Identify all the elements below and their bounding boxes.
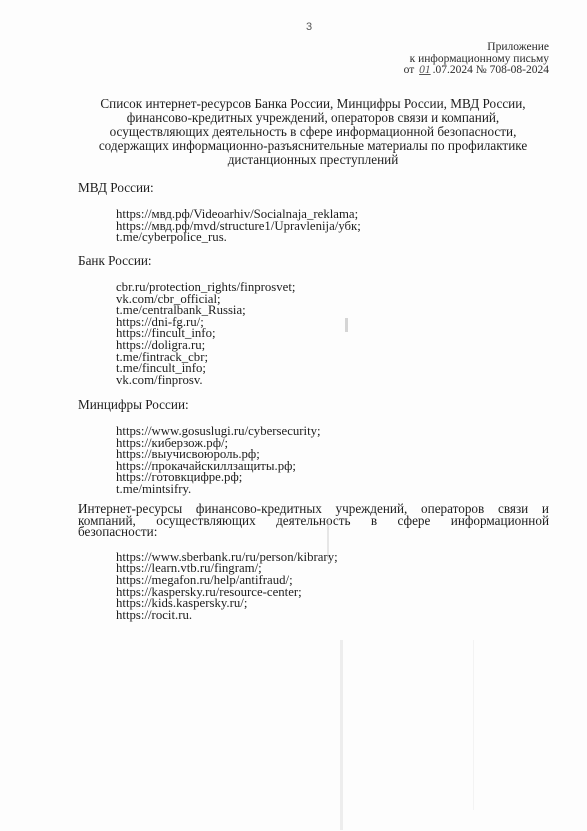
resource-link[interactable]: t.me/mintsifry.	[116, 484, 321, 496]
link-list: https://www.gosuslugi.ru/cybersecurity; …	[78, 426, 321, 496]
title-line: осуществляющих деятельность в сфере инфо…	[70, 125, 556, 139]
title-line: дистанционных преступлений	[70, 153, 556, 167]
section-bank-of-russia: Банк России: cbr.ru/protection_rights/fi…	[78, 254, 295, 386]
appendix-date-line: от 01.07.2024 № 708-08-2024	[404, 65, 549, 77]
section-heading: Банк России:	[78, 254, 295, 268]
appendix-label: Приложение	[404, 42, 549, 54]
page-number: 3	[306, 21, 312, 33]
resource-link[interactable]: vk.com/finprosv.	[116, 375, 295, 387]
link-list: https://мвд.рф/Videoarhiv/Socialnaja_rek…	[78, 209, 361, 244]
title-line: финансово-кредитных учреждений, оператор…	[70, 111, 556, 125]
title-line: содержащих информационно-разъяснительные…	[70, 139, 556, 153]
scan-artifact	[473, 640, 474, 810]
resource-link[interactable]: https://rocit.ru.	[116, 610, 549, 622]
document-page: 3 Приложение к информационному письму от…	[0, 0, 587, 831]
date-and-number: .07.2024 № 708-08-2024	[433, 64, 549, 76]
document-title: Список интернет-ресурсов Банка России, М…	[70, 97, 556, 167]
link-list: https://www.sberbank.ru/ru/person/kibrar…	[78, 552, 549, 622]
scan-artifact	[340, 640, 343, 830]
section-mincifry: Минцифры России: https://www.gosuslugi.r…	[78, 398, 321, 496]
section-heading: Минцифры России:	[78, 398, 321, 412]
appendix-header: Приложение к информационному письму от 0…	[404, 42, 549, 77]
resource-link[interactable]: t.me/cyberpolice_rus.	[116, 232, 361, 244]
date-prefix: от	[404, 64, 415, 76]
section-heading: МВД России:	[78, 181, 361, 195]
section-heading: Интернет-ресурсы финансово-кредитных учр…	[78, 503, 549, 538]
title-line: Список интернет-ресурсов Банка России, М…	[70, 97, 556, 111]
scan-artifact	[327, 520, 329, 560]
section-mvd: МВД России: https://мвд.рф/Videoarhiv/So…	[78, 181, 361, 244]
section-financial-institutions: Интернет-ресурсы финансово-кредитных учр…	[78, 503, 549, 621]
link-list: cbr.ru/protection_rights/finprosvet; vk.…	[78, 282, 295, 386]
date-day-handwritten: 01	[417, 64, 433, 76]
scan-artifact	[345, 318, 348, 332]
